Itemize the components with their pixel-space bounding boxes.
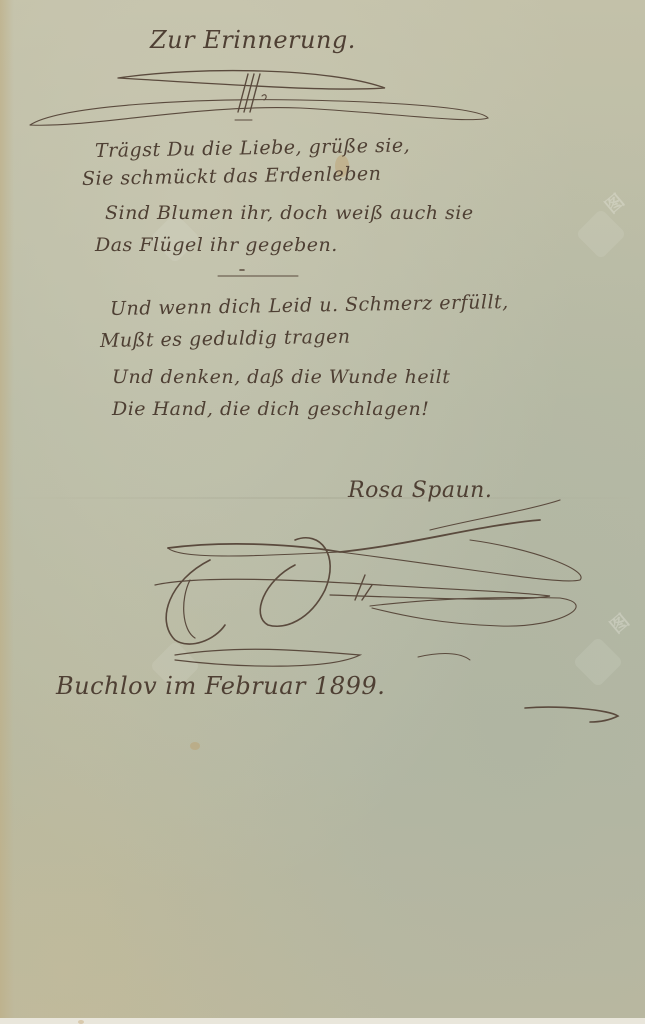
- foxing-stain: [190, 742, 200, 750]
- signature: Rosa Spaun.: [348, 478, 492, 503]
- document-title: Zur Erinnerung.: [150, 26, 356, 54]
- paper-bottom-edge: [0, 1018, 645, 1024]
- poem-line: Und denken, daß die Wunde heilt: [112, 366, 450, 388]
- poem-line: Sie schmückt das Erdenleben: [82, 163, 382, 190]
- watermark-text: 图: [604, 607, 635, 638]
- poem-line: Trägst Du die Liebe, grüße sie,: [95, 135, 411, 162]
- foxing-stain: [78, 1020, 84, 1024]
- watermark-logo: [575, 636, 621, 692]
- paper-sheet: 图 图: [0, 0, 645, 1024]
- place-date: Buchlov im Februar 1899.: [56, 672, 385, 700]
- paper-fold-line: [0, 497, 645, 499]
- poem-line: Sind Blumen ihr, doch weiß auch sie: [105, 202, 474, 224]
- poem-line: Das Flügel ihr gegeben.: [95, 234, 338, 256]
- paper-edge-shading: [0, 0, 14, 1024]
- poem-line: Mußt es geduldig tragen: [100, 326, 351, 352]
- poem-line: Die Hand, die dich geschlagen!: [112, 398, 429, 420]
- poem-line: Und wenn dich Leid u. Schmerz erfüllt,: [110, 291, 509, 320]
